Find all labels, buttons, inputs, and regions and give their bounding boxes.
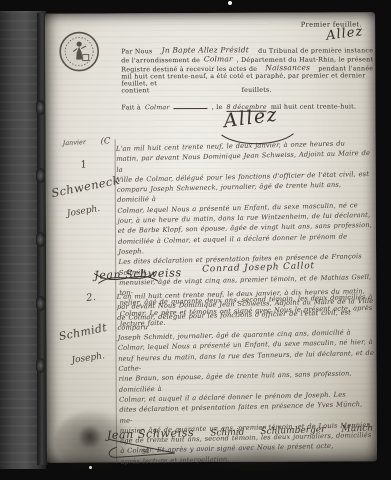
ink-stain xyxy=(77,425,103,447)
print-feuillets: feuillets. xyxy=(242,87,272,94)
signature-witness: Schmid xyxy=(210,428,244,439)
signature-flourish xyxy=(92,267,162,289)
corner-paraph-signature: Allez xyxy=(325,24,364,44)
print-cote-paraphe: mil huit cent trente-neuf, a été coté et… xyxy=(121,72,373,87)
print-fait-year: mil huit cent trente-huit. xyxy=(271,103,356,110)
margin-entry2-firstname: Joseph. xyxy=(71,351,105,366)
paraph-mark: st xyxy=(141,446,149,456)
binding-stitch xyxy=(36,100,45,115)
binding-stitch xyxy=(36,296,45,311)
scan-speck xyxy=(228,1,232,5)
margin-entry1-firstname: Joseph. xyxy=(66,204,101,219)
print-fait-a: Fait à xyxy=(121,104,141,111)
scan-speck xyxy=(89,466,92,469)
form-line-2: de l'arrondissement de Colmar , Départem… xyxy=(121,54,373,64)
binding-stitch xyxy=(36,232,45,247)
margin-entry1-surname: Schweneck xyxy=(50,173,121,200)
tribunal-seal-icon xyxy=(58,30,100,72)
binding-stitch xyxy=(36,168,45,183)
register-page: Premier feuillet. Allez Par Nous Jn Bapt… xyxy=(45,12,377,462)
signature-witnesses: Conrad Joseph Callot xyxy=(202,261,315,274)
ruled-out-blank xyxy=(174,103,208,109)
margin-month: Janvier xyxy=(62,138,86,147)
print-tribunal: du Tribunal de première instance xyxy=(258,47,373,55)
binding-stitch xyxy=(36,358,45,373)
margin-entry2-number: 2. xyxy=(86,292,97,304)
signature-witness: Schlumberger xyxy=(260,425,325,437)
form-line-1: Par Nous Jn Bapte Allez Présidt du Tribu… xyxy=(121,45,373,55)
registry-scan: Premier feuillet. Allez Par Nous Jn Bapt… xyxy=(0,0,391,480)
printed-form-header: Par Nous Jn Bapte Allez Présidt du Tribu… xyxy=(121,45,373,112)
margin-paraph: (C xyxy=(101,136,111,146)
form-line-5: contient feuillets. xyxy=(121,86,373,96)
print-contient: contient xyxy=(121,87,149,94)
signature-flourish xyxy=(105,435,195,461)
signature-witness: Münch xyxy=(341,424,373,435)
hand-arrondissement: Colmar xyxy=(204,54,233,63)
print-le: , le xyxy=(212,104,223,111)
print-arrondissement: de l'arrondissement de xyxy=(121,57,200,64)
hand-president-name: Jn Bapte Allez Présidt xyxy=(162,45,249,54)
form-line-4: mil huit cent trente-neuf, a été coté et… xyxy=(121,72,373,87)
hand-acte-type: Naissances xyxy=(265,63,310,72)
margin-entry1-number: 1 xyxy=(80,159,88,171)
margin-entry2-surname: Schmidt xyxy=(58,321,109,343)
hand-fait-place: Colmar xyxy=(145,104,170,111)
print-par-nous: Par Nous xyxy=(121,48,152,55)
